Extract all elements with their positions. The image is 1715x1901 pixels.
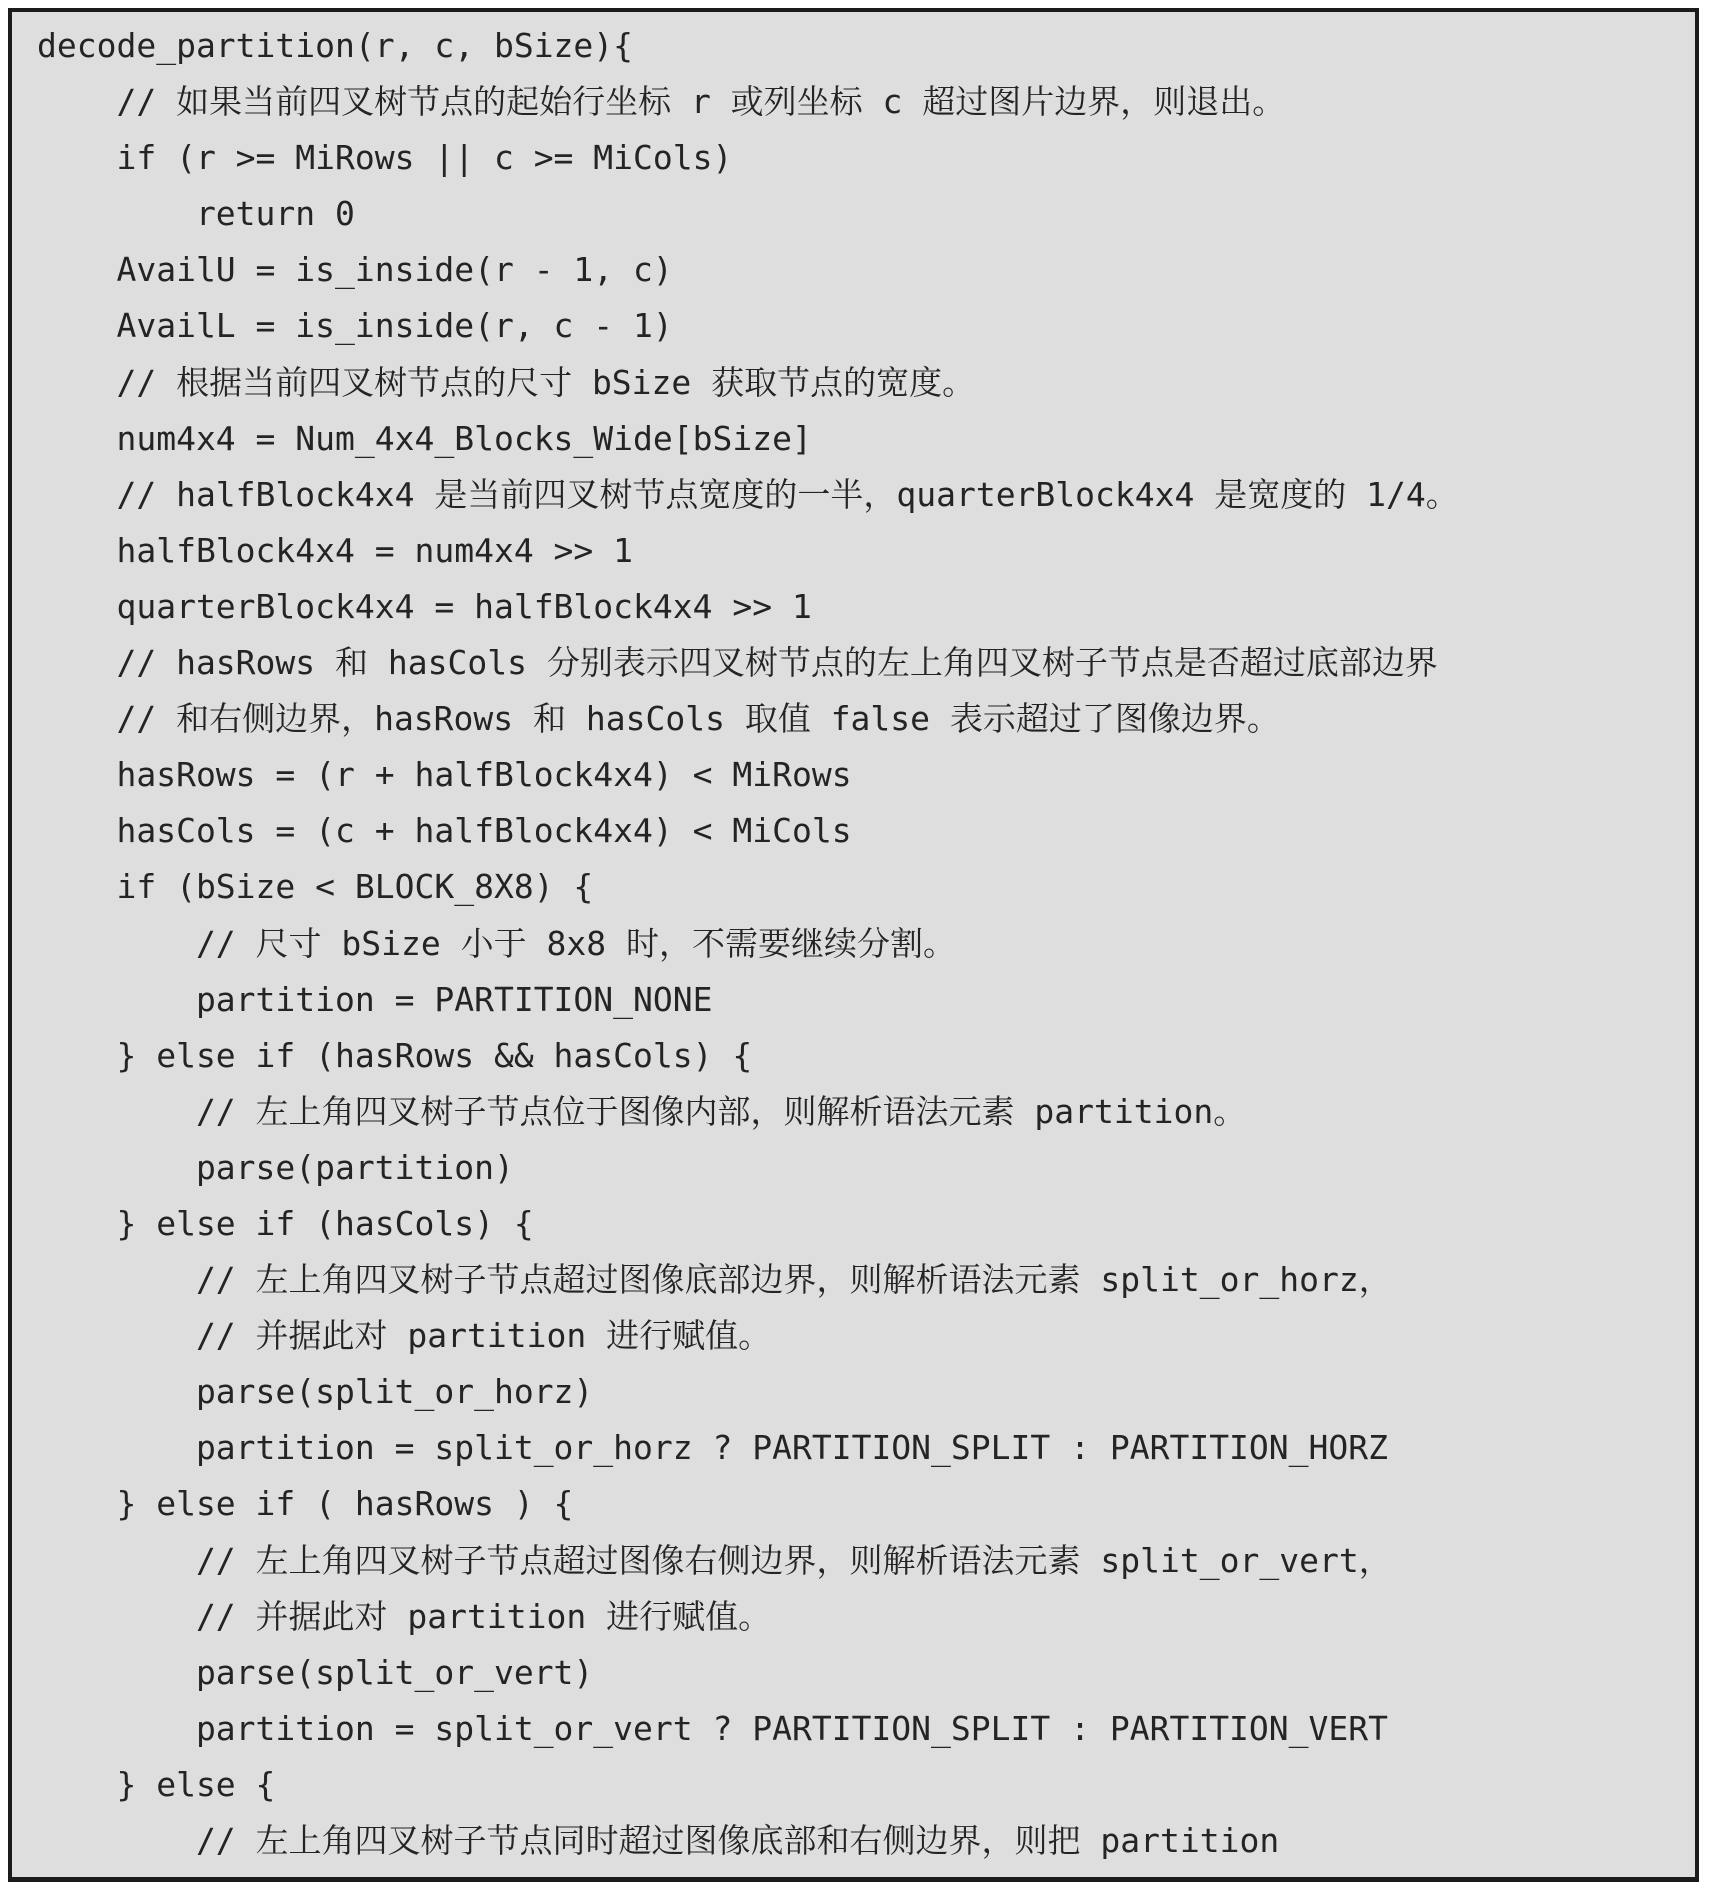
code-line: parse(split_or_vert): [37, 1645, 1685, 1701]
code-line: // 尺寸 bSize 小于 8x8 时，不需要继续分割。: [37, 916, 1685, 972]
code-line: } else if (hasCols) {: [37, 1196, 1685, 1252]
code-line: num4x4 = Num_4x4_Blocks_Wide[bSize]: [37, 411, 1685, 467]
code-line: decode_partition(r, c, bSize){: [37, 18, 1685, 74]
code-line: // 如果当前四叉树节点的起始行坐标 r 或列坐标 c 超过图片边界，则退出。: [37, 74, 1685, 130]
code-line: } else if (hasRows && hasCols) {: [37, 1028, 1685, 1084]
code-line: // 左上角四叉树子节点位于图像内部，则解析语法元素 partition。: [37, 1084, 1685, 1140]
code-line: return 0: [37, 186, 1685, 242]
code-line: // 左上角四叉树子节点超过图像右侧边界，则解析语法元素 split_or_ve…: [37, 1533, 1685, 1589]
code-block: decode_partition(r, c, bSize){ // 如果当前四叉…: [12, 12, 1695, 1869]
code-line: // halfBlock4x4 是当前四叉树节点宽度的一半，quarterBlo…: [37, 467, 1685, 523]
code-line: if (bSize < BLOCK_8X8) {: [37, 859, 1685, 915]
code-line: quarterBlock4x4 = halfBlock4x4 >> 1: [37, 579, 1685, 635]
code-line: // 并据此对 partition 进行赋值。: [37, 1308, 1685, 1364]
code-line: // 左上角四叉树子节点同时超过图像底部和右侧边界，则把 partition: [37, 1813, 1685, 1869]
code-line: } else {: [37, 1757, 1685, 1813]
code-line: parse(partition): [37, 1140, 1685, 1196]
code-line: AvailU = is_inside(r - 1, c): [37, 242, 1685, 298]
code-line: halfBlock4x4 = num4x4 >> 1: [37, 523, 1685, 579]
code-line: // 并据此对 partition 进行赋值。: [37, 1589, 1685, 1645]
code-line: } else if ( hasRows ) {: [37, 1476, 1685, 1532]
code-line: hasRows = (r + halfBlock4x4) < MiRows: [37, 747, 1685, 803]
code-line: hasCols = (c + halfBlock4x4) < MiCols: [37, 803, 1685, 859]
code-line: // 和右侧边界，hasRows 和 hasCols 取值 false 表示超过…: [37, 691, 1685, 747]
code-line: // 左上角四叉树子节点超过图像底部边界，则解析语法元素 split_or_ho…: [37, 1252, 1685, 1308]
code-line: partition = split_or_horz ? PARTITION_SP…: [37, 1420, 1685, 1476]
code-line: AvailL = is_inside(r, c - 1): [37, 298, 1685, 354]
code-line: // hasRows 和 hasCols 分别表示四叉树节点的左上角四叉树子节点…: [37, 635, 1685, 691]
code-line: partition = split_or_vert ? PARTITION_SP…: [37, 1701, 1685, 1757]
code-line: parse(split_or_horz): [37, 1364, 1685, 1420]
code-line: if (r >= MiRows || c >= MiCols): [37, 130, 1685, 186]
code-listing-box: decode_partition(r, c, bSize){ // 如果当前四叉…: [8, 8, 1699, 1882]
code-line: // 根据当前四叉树节点的尺寸 bSize 获取节点的宽度。: [37, 355, 1685, 411]
code-line: partition = PARTITION_NONE: [37, 972, 1685, 1028]
